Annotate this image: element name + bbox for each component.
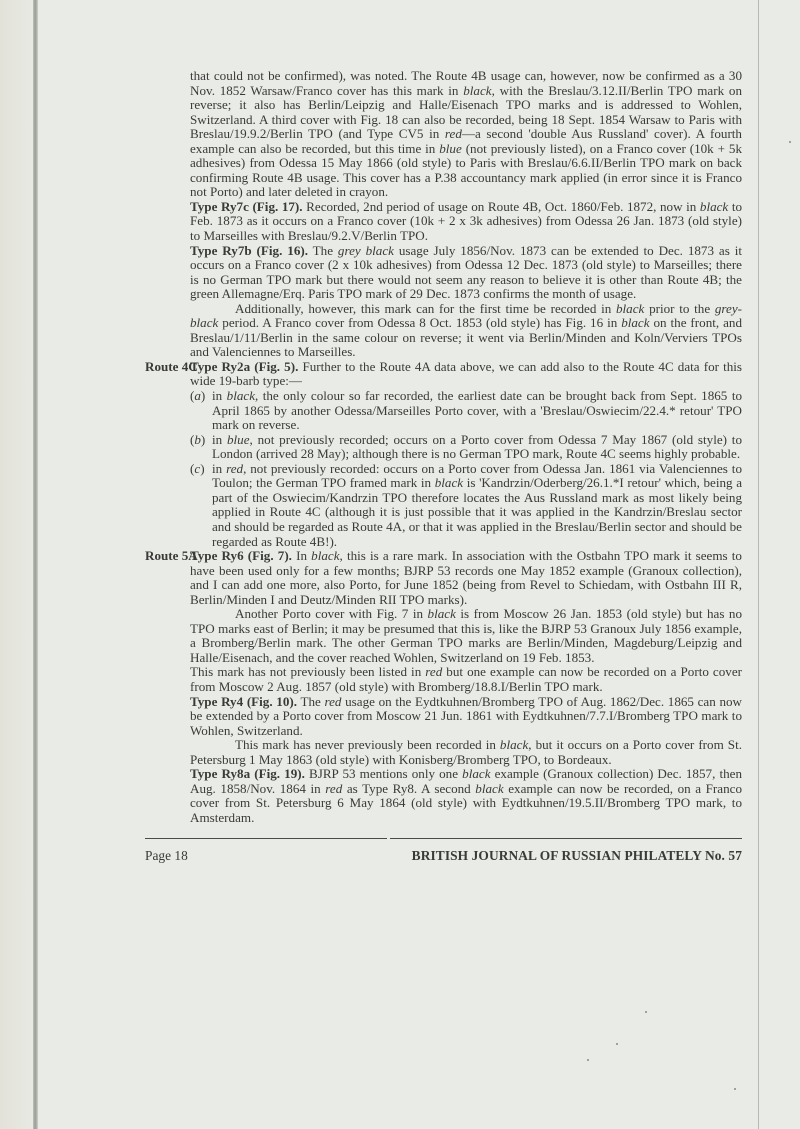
paragraph: Additionally, however, this mark can for… bbox=[145, 302, 742, 360]
emphasis: black bbox=[462, 766, 490, 781]
text-run: In bbox=[292, 548, 311, 563]
paragraph: Type Ry4 (Fig. 10). The red usage on the… bbox=[145, 695, 742, 739]
paragraph-text: Type Ry4 (Fig. 10). The red usage on the… bbox=[190, 695, 742, 739]
journal-title: BRITISH JOURNAL OF RUSSIAN PHILATELY No.… bbox=[412, 848, 742, 864]
emphasis: black bbox=[700, 199, 728, 214]
list-item-text: in black, the only colour so far recorde… bbox=[212, 389, 742, 433]
footer-rule bbox=[145, 838, 742, 839]
paragraph: Another Porto cover with Fig. 7 in black… bbox=[145, 607, 742, 665]
list-item-text: in blue, not previously recorded; occurs… bbox=[212, 433, 742, 462]
emphasis: black bbox=[500, 737, 528, 752]
binding-edge bbox=[33, 0, 38, 1129]
emphasis: black bbox=[616, 301, 644, 316]
text-run: prior to the bbox=[644, 301, 715, 316]
emphasis: red bbox=[325, 781, 342, 796]
list-item: (a)in black, the only colour so far reco… bbox=[190, 389, 742, 433]
text-run: The bbox=[308, 243, 338, 258]
page-left-shadow bbox=[0, 0, 33, 1129]
type-heading: Type Ry2a (Fig. 5). bbox=[190, 359, 298, 374]
emphasis: black bbox=[475, 781, 503, 796]
emphasis: black bbox=[463, 83, 491, 98]
type-heading: Type Ry7b (Fig. 16). bbox=[190, 243, 308, 258]
list-item-letter: (a) bbox=[190, 389, 205, 404]
paragraph: Type Ry7b (Fig. 16). The grey black usag… bbox=[145, 244, 742, 302]
emphasis: blue bbox=[227, 432, 250, 447]
footer-rule-gap bbox=[387, 837, 390, 839]
emphasis: black bbox=[428, 606, 456, 621]
paragraph: that could not be confirmed), was noted.… bbox=[145, 69, 742, 200]
emphasis: red bbox=[425, 664, 442, 679]
emphasis: black bbox=[311, 548, 339, 563]
paper-speck bbox=[734, 1088, 736, 1090]
route-margin-label: Route 4C bbox=[145, 360, 198, 375]
paragraph-text: Another Porto cover with Fig. 7 in black… bbox=[190, 607, 742, 665]
paragraph: This mark has never previously been reco… bbox=[145, 738, 742, 767]
paragraph: Type Ry7c (Fig. 17). Recorded, 2nd perio… bbox=[145, 200, 742, 244]
article-body: that could not be confirmed), was noted.… bbox=[145, 69, 742, 825]
emphasis: red bbox=[445, 126, 462, 141]
emphasis: grey black bbox=[338, 243, 394, 258]
list-item: (b)in blue, not previously recorded; occ… bbox=[190, 433, 742, 462]
text-run: , the only colour so far recorded, the e… bbox=[212, 388, 742, 432]
paragraph-text: Type Ry7b (Fig. 16). The grey black usag… bbox=[190, 244, 742, 302]
paper-speck bbox=[587, 1059, 589, 1061]
paragraph: Type Ry8a (Fig. 19). BJRP 53 mentions on… bbox=[145, 767, 742, 825]
list-item-letter: (c) bbox=[190, 462, 205, 477]
list-item-letter: (b) bbox=[190, 433, 205, 448]
text-run: as Type Ry8. A second bbox=[342, 781, 475, 796]
text-run: in bbox=[212, 461, 226, 476]
list-item: (c)in red, not previously recorded: occu… bbox=[190, 462, 742, 549]
text-run: BJRP 53 mentions only one bbox=[305, 766, 462, 781]
page-footer: Page 18 BRITISH JOURNAL OF RUSSIAN PHILA… bbox=[145, 848, 742, 864]
text-run: The bbox=[297, 694, 324, 709]
paragraph-text: This mark has never previously been reco… bbox=[190, 738, 742, 767]
text-run: Additionally, however, this mark can for… bbox=[235, 301, 616, 316]
list-item-text: in red, not previously recorded: occurs … bbox=[212, 462, 742, 549]
paragraph-text: Type Ry6 (Fig. 7). In black, this is a r… bbox=[190, 549, 742, 607]
paragraph: Route 5AType Ry6 (Fig. 7). In black, thi… bbox=[145, 549, 742, 607]
page-number: Page 18 bbox=[145, 848, 188, 864]
text-run: in bbox=[212, 432, 227, 447]
emphasis: black bbox=[435, 475, 463, 490]
paragraph-text: Additionally, however, this mark can for… bbox=[190, 302, 742, 360]
text-run: This mark has never previously been reco… bbox=[235, 737, 500, 752]
paper-speck bbox=[645, 1011, 647, 1013]
emphasis: black bbox=[621, 315, 649, 330]
paragraph-text: that could not be confirmed), was noted.… bbox=[190, 69, 742, 200]
page-edge-line bbox=[758, 0, 759, 1129]
emphasis: red bbox=[324, 694, 341, 709]
emphasis: black bbox=[227, 388, 255, 403]
type-heading: Type Ry7c (Fig. 17). bbox=[190, 199, 303, 214]
text-run: This mark has not previously been listed… bbox=[190, 664, 425, 679]
type-heading: Type Ry4 (Fig. 10). bbox=[190, 694, 297, 709]
paragraph-text: Type Ry2a (Fig. 5). Further to the Route… bbox=[190, 360, 742, 389]
type-heading: Type Ry8a (Fig. 19). bbox=[190, 766, 305, 781]
text-run: Recorded, 2nd period of usage on Route 4… bbox=[303, 199, 700, 214]
type-heading: Type Ry6 (Fig. 7). bbox=[190, 548, 292, 563]
paragraph-text: Type Ry7c (Fig. 17). Recorded, 2nd perio… bbox=[190, 200, 742, 244]
text-run: , not previously recorded; occurs on a P… bbox=[212, 432, 742, 462]
paper-speck bbox=[616, 1043, 618, 1045]
emphasis: blue bbox=[439, 141, 462, 156]
emphasis: red bbox=[226, 461, 243, 476]
text-run: Another Porto cover with Fig. 7 in bbox=[235, 606, 428, 621]
route-margin-label: Route 5A bbox=[145, 549, 198, 564]
text-run: in bbox=[212, 388, 227, 403]
text-run: period. A Franco cover from Odessa 8 Oct… bbox=[218, 315, 621, 330]
paragraph: Route 4CType Ry2a (Fig. 5). Further to t… bbox=[145, 360, 742, 549]
paragraph: This mark has not previously been listed… bbox=[145, 665, 742, 694]
paragraph-text: This mark has not previously been listed… bbox=[190, 665, 742, 694]
paragraph-text: Type Ry8a (Fig. 19). BJRP 53 mentions on… bbox=[190, 767, 742, 825]
paper-speck bbox=[789, 141, 791, 143]
